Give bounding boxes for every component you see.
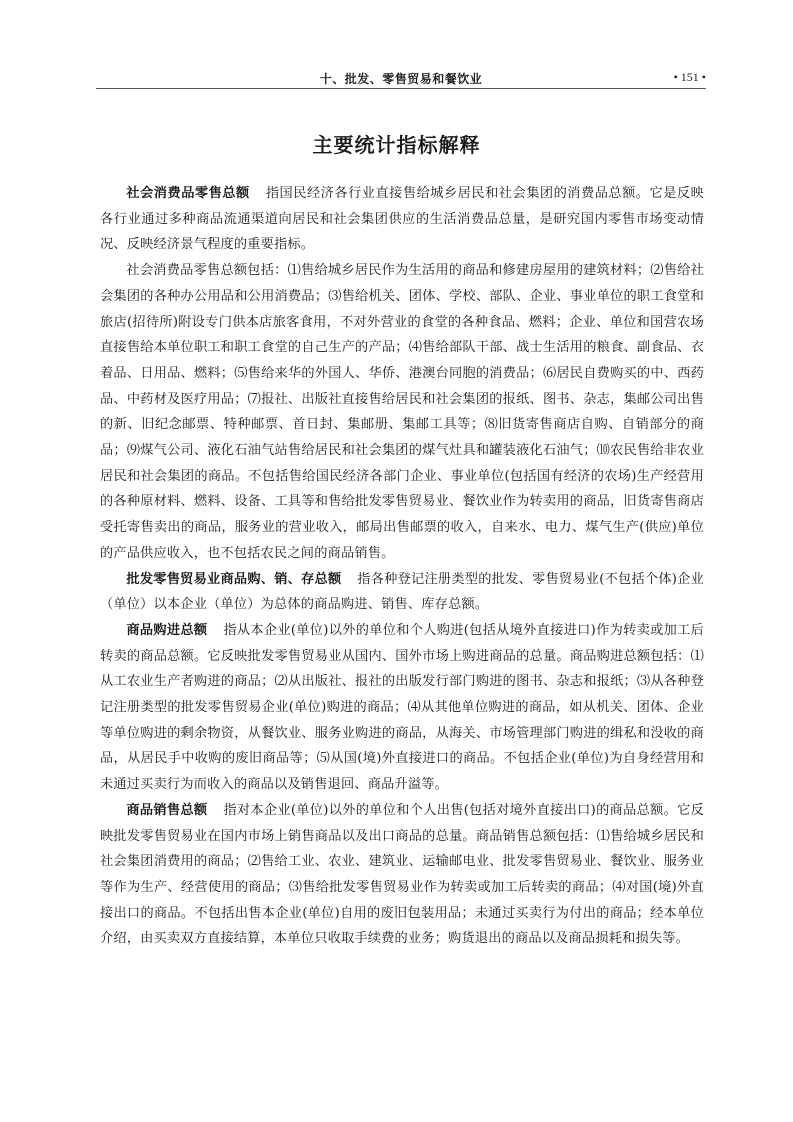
header-rule bbox=[96, 88, 706, 89]
chapter-title: 十、批发、零售贸易和餐饮业 bbox=[96, 70, 706, 87]
term-purchases: 商品购进总额 bbox=[126, 623, 207, 638]
body-text: 社会消费品零售总额指国民经济各行业直接售给城乡居民和社会集团的消费品总额。它是反… bbox=[100, 181, 704, 952]
term-retail-sales: 社会消费品零售总额 bbox=[126, 186, 249, 201]
running-header: 十、批发、零售贸易和餐饮业 • 151 • bbox=[96, 69, 706, 87]
paragraph-purchases: 商品购进总额指从本企业(单位)以外的单位和个人购进(包括从境外直接进口)作为转卖… bbox=[100, 618, 704, 798]
page-number: • 151 • bbox=[674, 70, 706, 85]
definition-purchases: 指从本企业(单位)以外的单位和个人购进(包括从境外直接进口)作为转卖或加工后转卖… bbox=[100, 623, 704, 792]
section-title: 主要统计指标解释 bbox=[0, 129, 793, 158]
term-sales: 商品销售总额 bbox=[126, 803, 207, 818]
definition-sales: 指对本企业(单位)以外的单位和个人出售(包括对境外直接出口)的商品总额。它反映批… bbox=[100, 803, 704, 947]
term-purchase-sale-stock: 批发零售贸易业商品购、销、存总额 bbox=[126, 572, 341, 587]
paragraph-purchase-sale-stock: 批发零售贸易业商品购、销、存总额指各种登记注册类型的批发、零售贸易业(不包括个体… bbox=[100, 567, 704, 618]
definition-retail-sales-includes: 社会消费品零售总额包括：⑴售给城乡居民作为生活用的商品和修建房屋用的建筑材料；⑵… bbox=[100, 263, 704, 561]
paragraph-retail-sales: 社会消费品零售总额指国民经济各行业直接售给城乡居民和社会集团的消费品总额。它是反… bbox=[100, 181, 704, 258]
paragraph-sales: 商品销售总额指对本企业(单位)以外的单位和个人出售(包括对境外直接出口)的商品总… bbox=[100, 798, 704, 952]
paragraph-retail-sales-includes: 社会消费品零售总额包括：⑴售给城乡居民作为生活用的商品和修建房屋用的建筑材料；⑵… bbox=[100, 258, 704, 566]
